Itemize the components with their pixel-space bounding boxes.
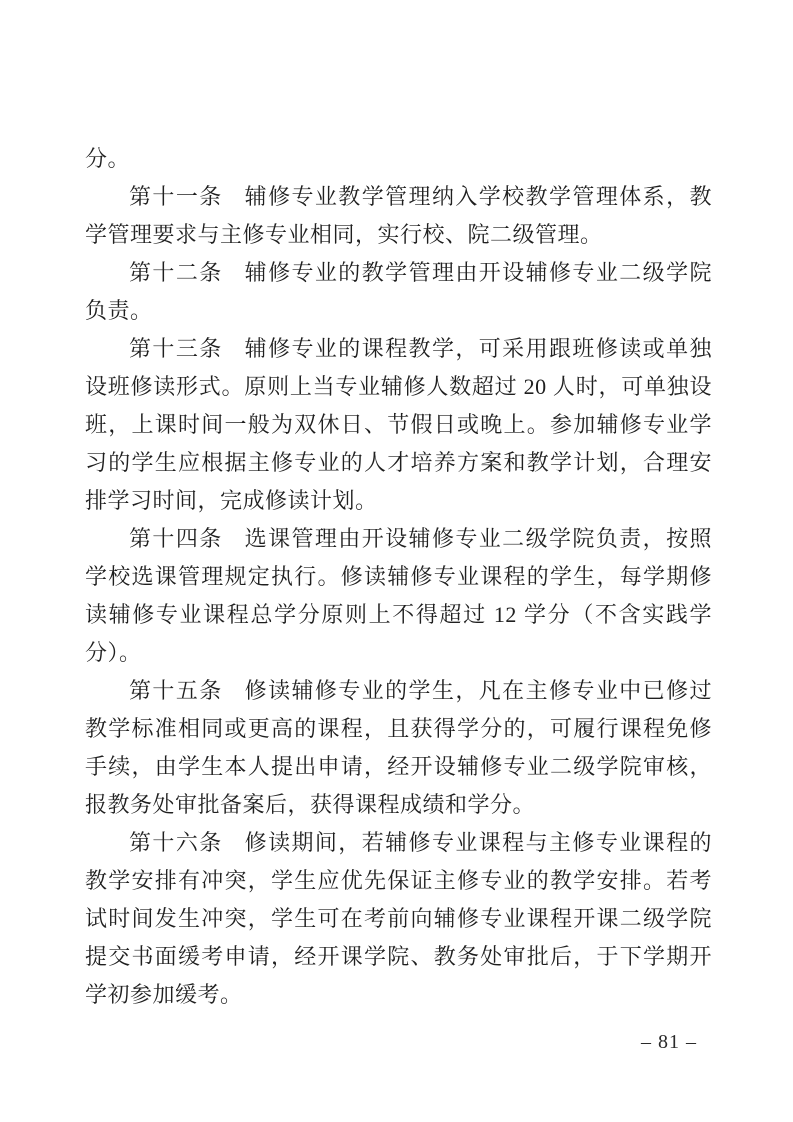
paragraph: 第十六条修读期间，若辅修专业课程与主修专业课程的教学安排有冲突，学生应优先保证主… — [85, 824, 712, 1014]
article-number: 第十三条 — [129, 336, 223, 361]
document-body: 分。 第十一条辅修专业教学管理纳入学校教学管理体系，教学管理要求与主修专业相同，… — [85, 140, 712, 1014]
paragraph: 第十一条辅修专业教学管理纳入学校教学管理体系，教学管理要求与主修专业相同，实行校… — [85, 178, 712, 254]
paragraph: 第十四条选课管理由开设辅修专业二级学院负责，按照学校选课管理规定执行。修读辅修专… — [85, 520, 712, 672]
article-number: 第十五条 — [129, 678, 223, 703]
paragraph-text: 分。 — [85, 146, 130, 171]
paragraph: 第十二条辅修专业的教学管理由开设辅修专业二级学院负责。 — [85, 254, 712, 330]
article-number: 第十六条 — [129, 830, 223, 855]
document-page: 分。 第十一条辅修专业教学管理纳入学校教学管理体系，教学管理要求与主修专业相同，… — [0, 0, 793, 1122]
page-number: – 81 – — [641, 1030, 697, 1054]
article-number: 第十二条 — [129, 260, 223, 285]
article-number: 第十一条 — [129, 184, 223, 209]
paragraph-text: 辅修专业的课程教学，可采用跟班修读或单独设班修读形式。原则上当专业辅修人数超过 … — [85, 336, 712, 513]
paragraph-text: 修读期间，若辅修专业课程与主修专业课程的教学安排有冲突，学生应优先保证主修专业的… — [85, 830, 712, 1007]
paragraph: 第十五条修读辅修专业的学生，凡在主修专业中已修过教学标准相同或更高的课程，且获得… — [85, 672, 712, 824]
paragraph: 分。 — [85, 140, 712, 178]
paragraph: 第十三条辅修专业的课程教学，可采用跟班修读或单独设班修读形式。原则上当专业辅修人… — [85, 330, 712, 520]
article-number: 第十四条 — [129, 526, 223, 551]
